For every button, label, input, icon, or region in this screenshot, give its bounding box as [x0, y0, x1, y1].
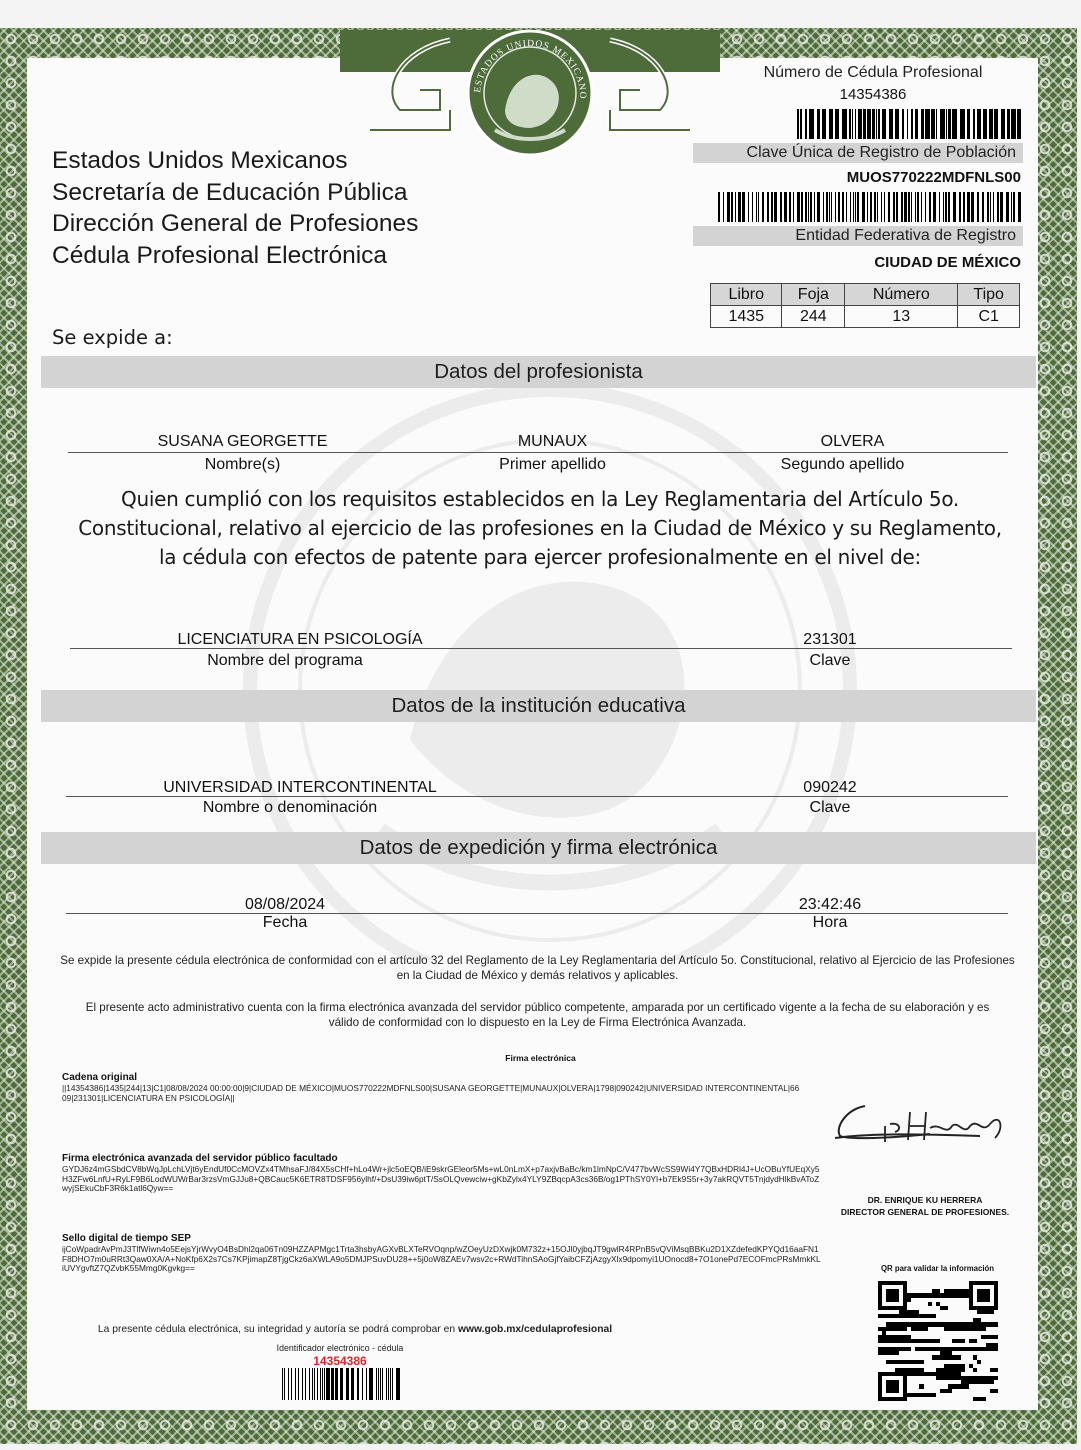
barcode-bar — [862, 192, 865, 222]
barcode-bar — [967, 109, 970, 139]
registry-table: Libro Foja Número Tipo 1435 244 13 C1 — [710, 283, 1020, 328]
table-header: Foja — [782, 284, 845, 306]
barcode-bar — [793, 192, 794, 222]
timestamp-seal-block: Sello digital de tiempo SEP ijCoWpadrAvP… — [62, 1233, 822, 1274]
official-signature-block: Firma electrónica avanzada del servidor … — [62, 1153, 822, 1194]
barcode-bar — [829, 192, 830, 222]
barcode-bar — [331, 1368, 334, 1400]
first-surname-label: Primer apellido — [460, 456, 645, 474]
barcode-bar — [874, 192, 876, 222]
signer-name: DR. ENRIQUE KU HERRERA — [825, 1194, 1025, 1206]
barcode-bar — [758, 192, 759, 222]
barcode-bar — [842, 109, 847, 139]
barcode-bar — [881, 192, 882, 222]
barcode-bar — [797, 192, 800, 222]
barcode-bar — [896, 192, 898, 222]
barcode-bar — [929, 192, 931, 222]
first-surname: MUNAUX — [460, 433, 645, 451]
barcode-bar — [809, 109, 814, 139]
barcode-bar — [351, 1368, 354, 1400]
original-chain-label: Cadena original — [62, 1072, 802, 1083]
issue-time: 23:42:46 — [760, 896, 900, 914]
barcode-bar — [784, 192, 787, 222]
barcode-bar — [838, 192, 840, 222]
barcode-bar — [808, 192, 809, 222]
barcode-bar — [378, 1368, 379, 1400]
barcode-bar — [911, 192, 912, 222]
barcode-bar — [888, 192, 890, 222]
issuer-line-secretariat: Secretaría de Educación Pública — [52, 177, 418, 209]
barcode-bar — [943, 192, 944, 222]
timestamp-seal-label: Sello digital de tiempo SEP — [62, 1233, 822, 1244]
issue-time-label: Hora — [760, 914, 900, 932]
curp-value: MUOS770222MDFNLS00 — [693, 169, 1023, 186]
barcode-bar — [797, 109, 799, 139]
barcode-bar — [335, 1368, 338, 1400]
barcode-bar — [946, 109, 947, 139]
official-signature-value: GYDJ6z4mGSbdCV8bWqJpLchLVjt6yEndUf0CcMOV… — [62, 1165, 822, 1194]
barcode-bar — [767, 192, 769, 222]
barcode-bar — [907, 109, 908, 139]
barcode-bar — [945, 192, 947, 222]
barcode-bar — [305, 1368, 306, 1400]
verification-link[interactable]: www.gob.mx/cedulaprofesional — [458, 1324, 612, 1335]
barcode-bar — [1017, 109, 1021, 139]
barcode-bar — [948, 109, 951, 139]
barcode-bar — [369, 1368, 373, 1400]
barcode-bar — [817, 109, 820, 139]
barcode-bar — [963, 192, 965, 222]
issued-to-label: Se expide a: — [52, 326, 173, 349]
barcode-bar — [386, 1368, 387, 1400]
barcode-bar — [904, 192, 907, 222]
institution-name: UNIVERSIDAD INTERCONTINENTAL — [120, 779, 480, 797]
barcode-bar — [302, 1368, 303, 1400]
barcode-bar — [967, 192, 970, 222]
barcode-bar — [789, 192, 791, 222]
barcode-bar — [852, 109, 853, 139]
barcode-bar — [893, 192, 895, 222]
barcode-bar — [960, 109, 965, 139]
compliance-statement: Quien cumplió con los requisitos estable… — [40, 485, 1040, 572]
barcode-bar — [936, 109, 937, 139]
barcode-bar — [723, 192, 724, 222]
document-type: Cédula Profesional Electrónica — [52, 240, 418, 272]
national-emblem-icon: ESTADOS UNIDOS MEXICANOS — [340, 30, 720, 160]
barcode-bar — [952, 109, 957, 139]
table-header: Tipo — [958, 284, 1020, 306]
barcode-bar — [320, 1368, 321, 1400]
barcode-bar — [915, 109, 918, 139]
barcode-bar — [380, 1368, 381, 1400]
barcode-bar — [346, 1368, 349, 1400]
barcode-bar — [814, 192, 815, 222]
barcode-bar — [867, 109, 871, 139]
official-signature-label: Firma electrónica avanzada del servidor … — [62, 1153, 822, 1164]
barcode-bar — [314, 1368, 315, 1400]
barcode-bar — [857, 192, 859, 222]
barcode-bar — [735, 192, 736, 222]
barcode-bar — [987, 192, 989, 222]
barcode-bar — [925, 192, 926, 222]
barcode-bar — [846, 192, 847, 222]
barcode-bar — [983, 109, 987, 139]
barcode-bar — [994, 109, 998, 139]
barcode-bar — [774, 192, 777, 222]
entidad-value: CIUDAD DE MÉXICO — [693, 254, 1023, 271]
barcode-bar — [973, 109, 975, 139]
program-code-label: Clave — [760, 652, 900, 670]
barcode-bar — [901, 192, 903, 222]
section-professional-data: Datos del profesionista — [41, 356, 1036, 388]
barcode-bar — [288, 1368, 289, 1400]
barcode-bar — [324, 1368, 325, 1400]
verification-note: La presente cédula electrónica, su integ… — [55, 1324, 655, 1335]
foja-value: 244 — [782, 306, 845, 328]
validation-qr-code[interactable] — [878, 1281, 998, 1401]
barcode-bar — [982, 192, 984, 222]
barcode-bar — [298, 1368, 299, 1400]
barcode-bar — [291, 1368, 292, 1400]
name-underline — [68, 452, 1008, 453]
cedula-number: 14354386 — [693, 86, 1023, 103]
barcode-bar — [284, 1368, 285, 1400]
barcode-bar — [877, 192, 878, 222]
barcode-bar — [771, 192, 773, 222]
barcode-bar — [1001, 109, 1005, 139]
barcode-bar — [831, 192, 832, 222]
barcode-bar — [878, 109, 880, 139]
legal-paragraph-1: Se expide la presente cédula electrónica… — [60, 953, 1015, 983]
barcode-bar — [835, 192, 836, 222]
signer-block: DR. ENRIQUE KU HERRERA DIRECTOR GENERAL … — [825, 1194, 1025, 1218]
barcode-bar — [282, 1368, 283, 1400]
barcode-bar — [1011, 109, 1016, 139]
given-names: SUSANA GEORGETTE — [120, 433, 365, 451]
barcode-bar — [826, 192, 828, 222]
e-signature-title: Firma electrónica — [0, 1053, 1081, 1063]
barcode-bar — [842, 192, 844, 222]
barcode-bar — [993, 192, 994, 222]
barcode-bar — [800, 109, 802, 139]
barcode-bar — [295, 1368, 296, 1400]
institution-underline — [66, 796, 1008, 797]
barcode-bar — [990, 192, 991, 222]
barcode-bar — [392, 1368, 393, 1400]
barcode-bar — [850, 192, 851, 222]
table-header: Libro — [711, 284, 782, 306]
electronic-id-label: Identificador electrónico - cédula — [245, 1343, 435, 1353]
barcode-bar — [853, 192, 854, 222]
barcode-bar — [382, 1368, 383, 1400]
barcode-bar — [940, 109, 945, 139]
electronic-id-barcode — [265, 1368, 415, 1400]
barcode-bar — [340, 1368, 343, 1400]
barcode-bar — [959, 192, 961, 222]
program-underline — [70, 648, 1012, 649]
barcode-bar — [911, 109, 913, 139]
barcode-bar — [810, 192, 812, 222]
barcode-bar — [366, 1368, 367, 1400]
program-name-label: Nombre del programa — [160, 652, 410, 670]
institution-code-label: Clave — [760, 799, 900, 817]
barcode-bar — [921, 192, 922, 222]
barcode-bar — [756, 192, 757, 222]
barcode-bar — [931, 109, 935, 139]
signer-title: DIRECTOR GENERAL DE PROFESIONES. — [825, 1206, 1025, 1218]
barcode-bar — [357, 1368, 359, 1400]
section-institution-data: Datos de la institución educativa — [41, 690, 1036, 722]
program-code: 231301 — [760, 631, 900, 649]
barcode-bar — [805, 192, 807, 222]
barcode-bar — [921, 109, 924, 139]
barcode-bar — [1018, 192, 1021, 222]
verification-text: La presente cédula electrónica, su integ… — [98, 1324, 455, 1335]
barcode-bar — [915, 192, 916, 222]
issuer-line-directorate: Dirección General de Profesiones — [52, 208, 418, 240]
barcode-bar — [882, 109, 886, 139]
electronic-id-value: 14354386 — [245, 1354, 435, 1368]
second-surname: OLVERA — [760, 433, 945, 451]
numero-value: 13 — [845, 306, 958, 328]
barcode-bar — [977, 192, 979, 222]
issuer-header: Estados Unidos Mexicanos Secretaría de E… — [52, 145, 418, 271]
barcode-bar — [997, 192, 999, 222]
tipo-value: C1 — [958, 306, 1020, 328]
barcode-bar — [805, 109, 807, 139]
cedula-barcode — [693, 109, 1023, 139]
libro-value: 1435 — [711, 306, 782, 328]
barcode-bar — [876, 109, 877, 139]
curp-label: Clave Única de Registro de Población — [693, 143, 1023, 163]
barcode-bar — [855, 109, 856, 139]
barcode-bar — [1007, 109, 1010, 139]
barcode-bar — [835, 109, 839, 139]
statement-line: Quien cumplió con los requisitos estable… — [40, 485, 1040, 514]
barcode-bar — [317, 1368, 318, 1400]
program-name: LICENCIATURA EN PSICOLOGÍA — [130, 631, 470, 649]
table-header: Número — [845, 284, 958, 306]
barcode-bar — [731, 192, 733, 222]
barcode-bar — [977, 109, 981, 139]
barcode-bar — [1011, 192, 1012, 222]
barcode-bar — [817, 192, 820, 222]
statement-line: la cédula con efectos de patente para ej… — [40, 543, 1040, 572]
registry-panel: Número de Cédula Profesional 14354386 Cl… — [693, 64, 1023, 271]
barcode-bar — [388, 1368, 389, 1400]
barcode-bar — [748, 192, 749, 222]
institution-code: 090242 — [760, 779, 900, 797]
barcode-bar — [889, 109, 893, 139]
barcode-bar — [933, 192, 936, 222]
issuer-line-country: Estados Unidos Mexicanos — [52, 145, 418, 177]
barcode-bar — [801, 192, 803, 222]
barcode-bar — [849, 109, 851, 139]
barcode-bar — [322, 1368, 323, 1400]
original-chain-block: Cadena original ||14354386|1435|244|13|C… — [62, 1072, 802, 1103]
legal-paragraph-2: El presente acto administrativo cuenta c… — [75, 1000, 1000, 1030]
barcode-bar — [872, 109, 875, 139]
entidad-label: Entidad Federativa de Registro — [693, 226, 1023, 246]
barcode-bar — [829, 109, 833, 139]
barcode-bar — [1013, 192, 1015, 222]
barcode-bar — [1006, 192, 1009, 222]
qr-label: QR para validar la información — [855, 1264, 1020, 1273]
issue-date: 08/08/2024 — [200, 896, 370, 914]
barcode-bar — [863, 109, 866, 139]
barcode-bar — [823, 192, 824, 222]
barcode-bar — [718, 192, 720, 222]
barcode-bar — [971, 192, 974, 222]
barcode-bar — [396, 1368, 400, 1400]
barcode-bar — [989, 109, 993, 139]
barcode-bar — [908, 192, 910, 222]
section-issuance-data: Datos de expedición y firma electrónica — [41, 832, 1036, 864]
barcode-bar — [925, 109, 930, 139]
barcode-bar — [902, 109, 904, 139]
barcode-bar — [953, 192, 956, 222]
barcode-bar — [362, 1368, 363, 1400]
curp-barcode — [693, 192, 1023, 222]
barcode-bar — [309, 1368, 310, 1400]
barcode-bar — [326, 1368, 330, 1400]
barcode-bar — [312, 1368, 313, 1400]
barcode-bar — [884, 192, 885, 222]
original-chain-value: ||14354386|1435|244|13|C1|08/08/2024 00:… — [62, 1084, 802, 1103]
institution-name-label: Nombre o denominación — [160, 799, 420, 817]
barcode-bar — [376, 1368, 377, 1400]
barcode-bar — [822, 109, 826, 139]
handwritten-signature-icon — [830, 1098, 1015, 1153]
barcode-bar — [867, 192, 868, 222]
barcode-bar — [948, 192, 950, 222]
barcode-bar — [762, 192, 764, 222]
barcode-bar — [895, 109, 899, 139]
barcode-bar — [855, 192, 856, 222]
issue-date-label: Fecha — [200, 914, 370, 932]
barcode-bar — [738, 192, 741, 222]
barcode-bar — [780, 192, 782, 222]
cedula-number-label: Número de Cédula Profesional — [693, 64, 1023, 82]
statement-line: Constitucional, relativo al ejercicio de… — [40, 514, 1040, 543]
barcode-bar — [917, 192, 919, 222]
timestamp-seal-value: ijCoWpadrAvPmJ3TlfWiwn4o5EejsYjrWvyO4BsD… — [62, 1245, 822, 1274]
given-names-label: Nombre(s) — [120, 456, 365, 474]
barcode-bar — [742, 192, 745, 222]
barcode-bar — [727, 192, 730, 222]
barcode-bar — [939, 192, 940, 222]
barcode-bar — [390, 1368, 391, 1400]
second-surname-label: Segundo apellido — [740, 456, 945, 474]
barcode-bar — [870, 192, 872, 222]
barcode-bar — [752, 192, 753, 222]
barcode-bar — [1000, 192, 1003, 222]
barcode-bar — [858, 109, 862, 139]
